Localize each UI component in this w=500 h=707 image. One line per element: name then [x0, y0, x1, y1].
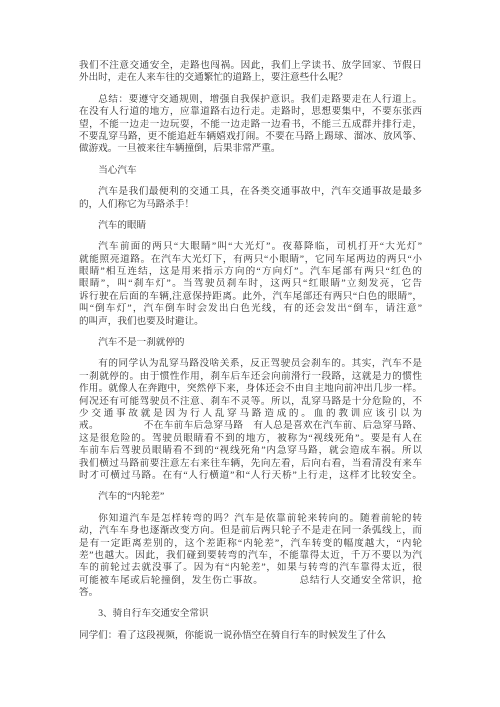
- text-line: 这是很危险的。驾驶员眼睛看不到的地方，被称为“视线死角”。要是有人在: [79, 433, 422, 445]
- text-content: 我们不注意交通安全，走路也闯祸。因此，我们上学读书、放学回家、节假日外出时，走在…: [79, 60, 422, 642]
- text-line: 汽车的“内轮差”: [79, 491, 422, 503]
- section-heading: 3、骑自行车交通安全常识: [79, 608, 422, 620]
- text-line: 叫“倒车灯”，汽车倒车时会发出白色光线，有的还会发出“倒车，请注意”: [79, 303, 422, 315]
- text-line: 时才可横过马路。在有“人行横道”和“人行天桥”上行走，这样才比较安全。: [79, 470, 422, 482]
- document-page: 我们不注意交通安全，走路也闯祸。因此，我们上学读书、放学回家、节假日外出时，走在…: [0, 0, 500, 707]
- text-line: 望，不能一边走一边玩耍，不能一边走路一边看书，不能三五成群并排行走，: [79, 119, 422, 131]
- paragraph: 你知道汽车是怎样转弯的吗？汽车是依靠前轮来转向的。随着前轮的转动，汽车车身也逐渐…: [79, 513, 422, 600]
- paragraph: 汽车前面的两只“大眼睛”叫“大光灯”。夜幕降临，司机打开“大光灯”就能照亮道路。…: [79, 241, 422, 328]
- paragraph: 我们不注意交通安全，走路也闯祸。因此，我们上学读书、放学回家、节假日外出时，走在…: [79, 60, 422, 85]
- text-line: 同学们：看了这段视频，你能说一说孙悟空在骑自行车的时候发生了什么: [79, 630, 422, 642]
- text-line: 可能被车尾或后轮撞倒，发生伤亡事故。 总结行人交通安全常识，抢: [79, 575, 422, 587]
- text-line: 少交通事故就是因为行人乱穿马路造成的。血的教训应该引以为: [79, 408, 422, 420]
- text-line: 做游戏。一旦被来往车辆撞倒，后果非常严重。: [79, 143, 422, 155]
- text-line: 车的前轮过去就没事了。因为有“内轮差”，如果与转弯的汽车靠得太近，很: [79, 562, 422, 574]
- text-line: 3、骑自行车交通安全常识: [79, 608, 422, 620]
- section-heading: 汽车的“内轮差”: [79, 491, 422, 503]
- text-line: 总结：要遵守交通规则，增强自我保护意识。我们走路要走在人行道上。: [79, 94, 422, 106]
- text-line: 我们横过马路前要注意左右来往车辆，先向左看，后向右看，当看清没有来车: [79, 458, 422, 470]
- text-line: 汽车的眼睛: [79, 220, 422, 232]
- text-line: 当心汽车: [79, 165, 422, 177]
- text-line: 外出时，走在人来车往的交通繁忙的道路上，要注意些什么呢？: [79, 72, 422, 84]
- text-line: 的，人们称它为马路杀手！: [79, 199, 422, 211]
- text-line: 诉行驶在后面的车辆,注意保持距离。此外，汽车尾部还有两只“白色的眼睛”，: [79, 291, 422, 303]
- document-viewport: 我们不注意交通安全，走路也闯祸。因此，我们上学读书、放学回家、节假日外出时，走在…: [0, 0, 500, 707]
- text-line: 的叫声，我们也要及时避让。: [79, 316, 422, 328]
- paragraph: 有的同学认为乱穿马路没啥关系，反正驾驶员会刹车的。其实，汽车不是一刹就停的。由于…: [79, 358, 422, 482]
- text-line: 不要乱穿马路，更不能追赶车辆嬉戏打闹。不要在马路上踢球、溜冰、放风筝、: [79, 131, 422, 143]
- paragraph: 总结：要遵守交通规则，增强自我保护意识。我们走路要走在人行道上。在没有人行道的地…: [79, 94, 422, 156]
- text-line: 在没有人行道的地方，应靠道路右边行走。走路时，思想要集中，不要东张西: [79, 106, 422, 118]
- text-line: 我们不注意交通安全，走路也闯祸。因此，我们上学读书、放学回家、节假日: [79, 60, 422, 72]
- section-heading: 当心汽车: [79, 165, 422, 177]
- paragraph: 汽车是我们最便利的交通工具，在各类交通事故中，汽车交通事故是最多的，人们称它为马…: [79, 186, 422, 211]
- text-line: 汽车是我们最便利的交通工具，在各类交通事故中，汽车交通事故是最多: [79, 186, 422, 198]
- text-line: 你知道汽车是怎样转弯的吗？汽车是依靠前轮来转向的。随着前轮的转: [79, 513, 422, 525]
- text-line: 车前车后驾驶员眼睛看不到的“视线死角”内急穿马路，就会造成车祸。所以: [79, 445, 422, 457]
- text-line: 何况还有可能驾驶员不注意、刹车不灵等。所以，乱穿马路是十分危险的，不: [79, 396, 422, 408]
- paragraph: 同学们：看了这段视频，你能说一说孙悟空在骑自行车的时候发生了什么: [79, 630, 422, 642]
- text-line: 差”也越大。因此，我们碰到要转弯的汽车，不能靠得太近，千万不要以为汽: [79, 550, 422, 562]
- text-line: 作用。就像人在奔跑中，突然停下来，身体还会不由自主地向前冲出几步一样。: [79, 383, 422, 395]
- text-line: 一刹就停的。由于惯性作用，刹车后车还会向前滑行一段路，这就是力的惯性: [79, 371, 422, 383]
- text-line: 戒。 不在车前车后急穿马路 有人总是喜欢在汽车前、后急穿马路、: [79, 420, 422, 432]
- text-line: 就能照亮道路。在汽车大光灯下，有两只“小眼睛”，它同车尾两边的两只“小: [79, 254, 422, 266]
- section-heading: 汽车不是一刹就停的: [79, 337, 422, 349]
- text-line: 眼睛”相互连结，这是用来指示方向的“方向灯”。汽车尾部有两只“红色的: [79, 266, 422, 278]
- text-line: 汽车前面的两只“大眼睛”叫“大光灯”。夜幕降临，司机打开“大光灯”: [79, 241, 422, 253]
- text-line: 汽车不是一刹就停的: [79, 337, 422, 349]
- text-line: 眼睛”，叫“刹车灯”。当驾驶员刹车时，这两只“红眼睛”立刻发亮，它告: [79, 278, 422, 290]
- section-heading: 汽车的眼睛: [79, 220, 422, 232]
- text-line: 有的同学认为乱穿马路没啥关系，反正驾驶员会刹车的。其实，汽车不是: [79, 358, 422, 370]
- text-line: 答。: [79, 587, 422, 599]
- text-line: 动，汽车车身也逐渐改变方向。但是前后两只轮子不是走在同一条弧线上，而: [79, 525, 422, 537]
- text-line: 是有一定距离差别的，这个差距称“内轮差”，汽车转变的幅度越大，“内轮: [79, 538, 422, 550]
